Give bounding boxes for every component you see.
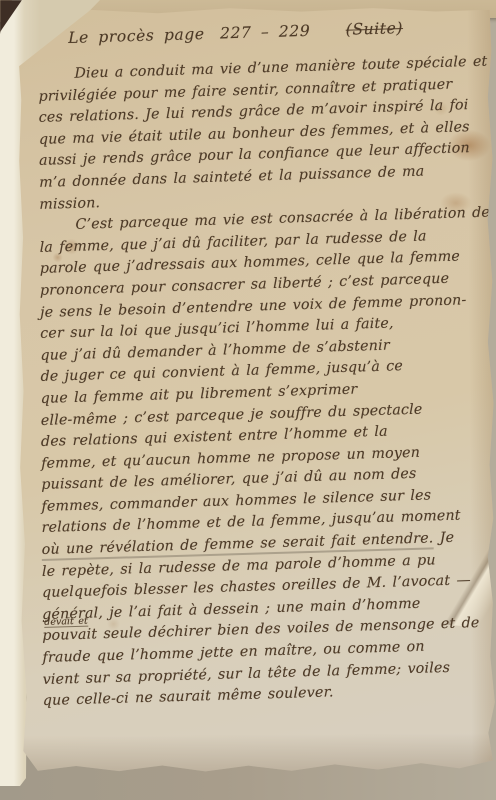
manuscript-page: Le procès page 227 – 229 (Suite) Dieu a … xyxy=(14,5,496,774)
interline-correction: devait et xyxy=(44,617,88,628)
heading-suite-note: (Suite) xyxy=(346,19,403,39)
paragraph-1: Dieu a conduit ma vie d’une manière tout… xyxy=(38,51,491,216)
handwritten-text: Le procès page 227 – 229 (Suite) Dieu a … xyxy=(38,6,495,712)
line-tail: Je xyxy=(433,530,454,547)
photo-of-manuscript: Le procès page 227 – 229 (Suite) Dieu a … xyxy=(0,0,496,800)
page-heading: Le procès page 227 – 229 (Suite) xyxy=(68,16,490,47)
paragraph-2: C’est parceque ma vie est consacrée à la… xyxy=(39,203,494,713)
heading-page-range: 227 – 229 xyxy=(220,22,310,43)
heading-title: Le procès page xyxy=(68,25,205,47)
